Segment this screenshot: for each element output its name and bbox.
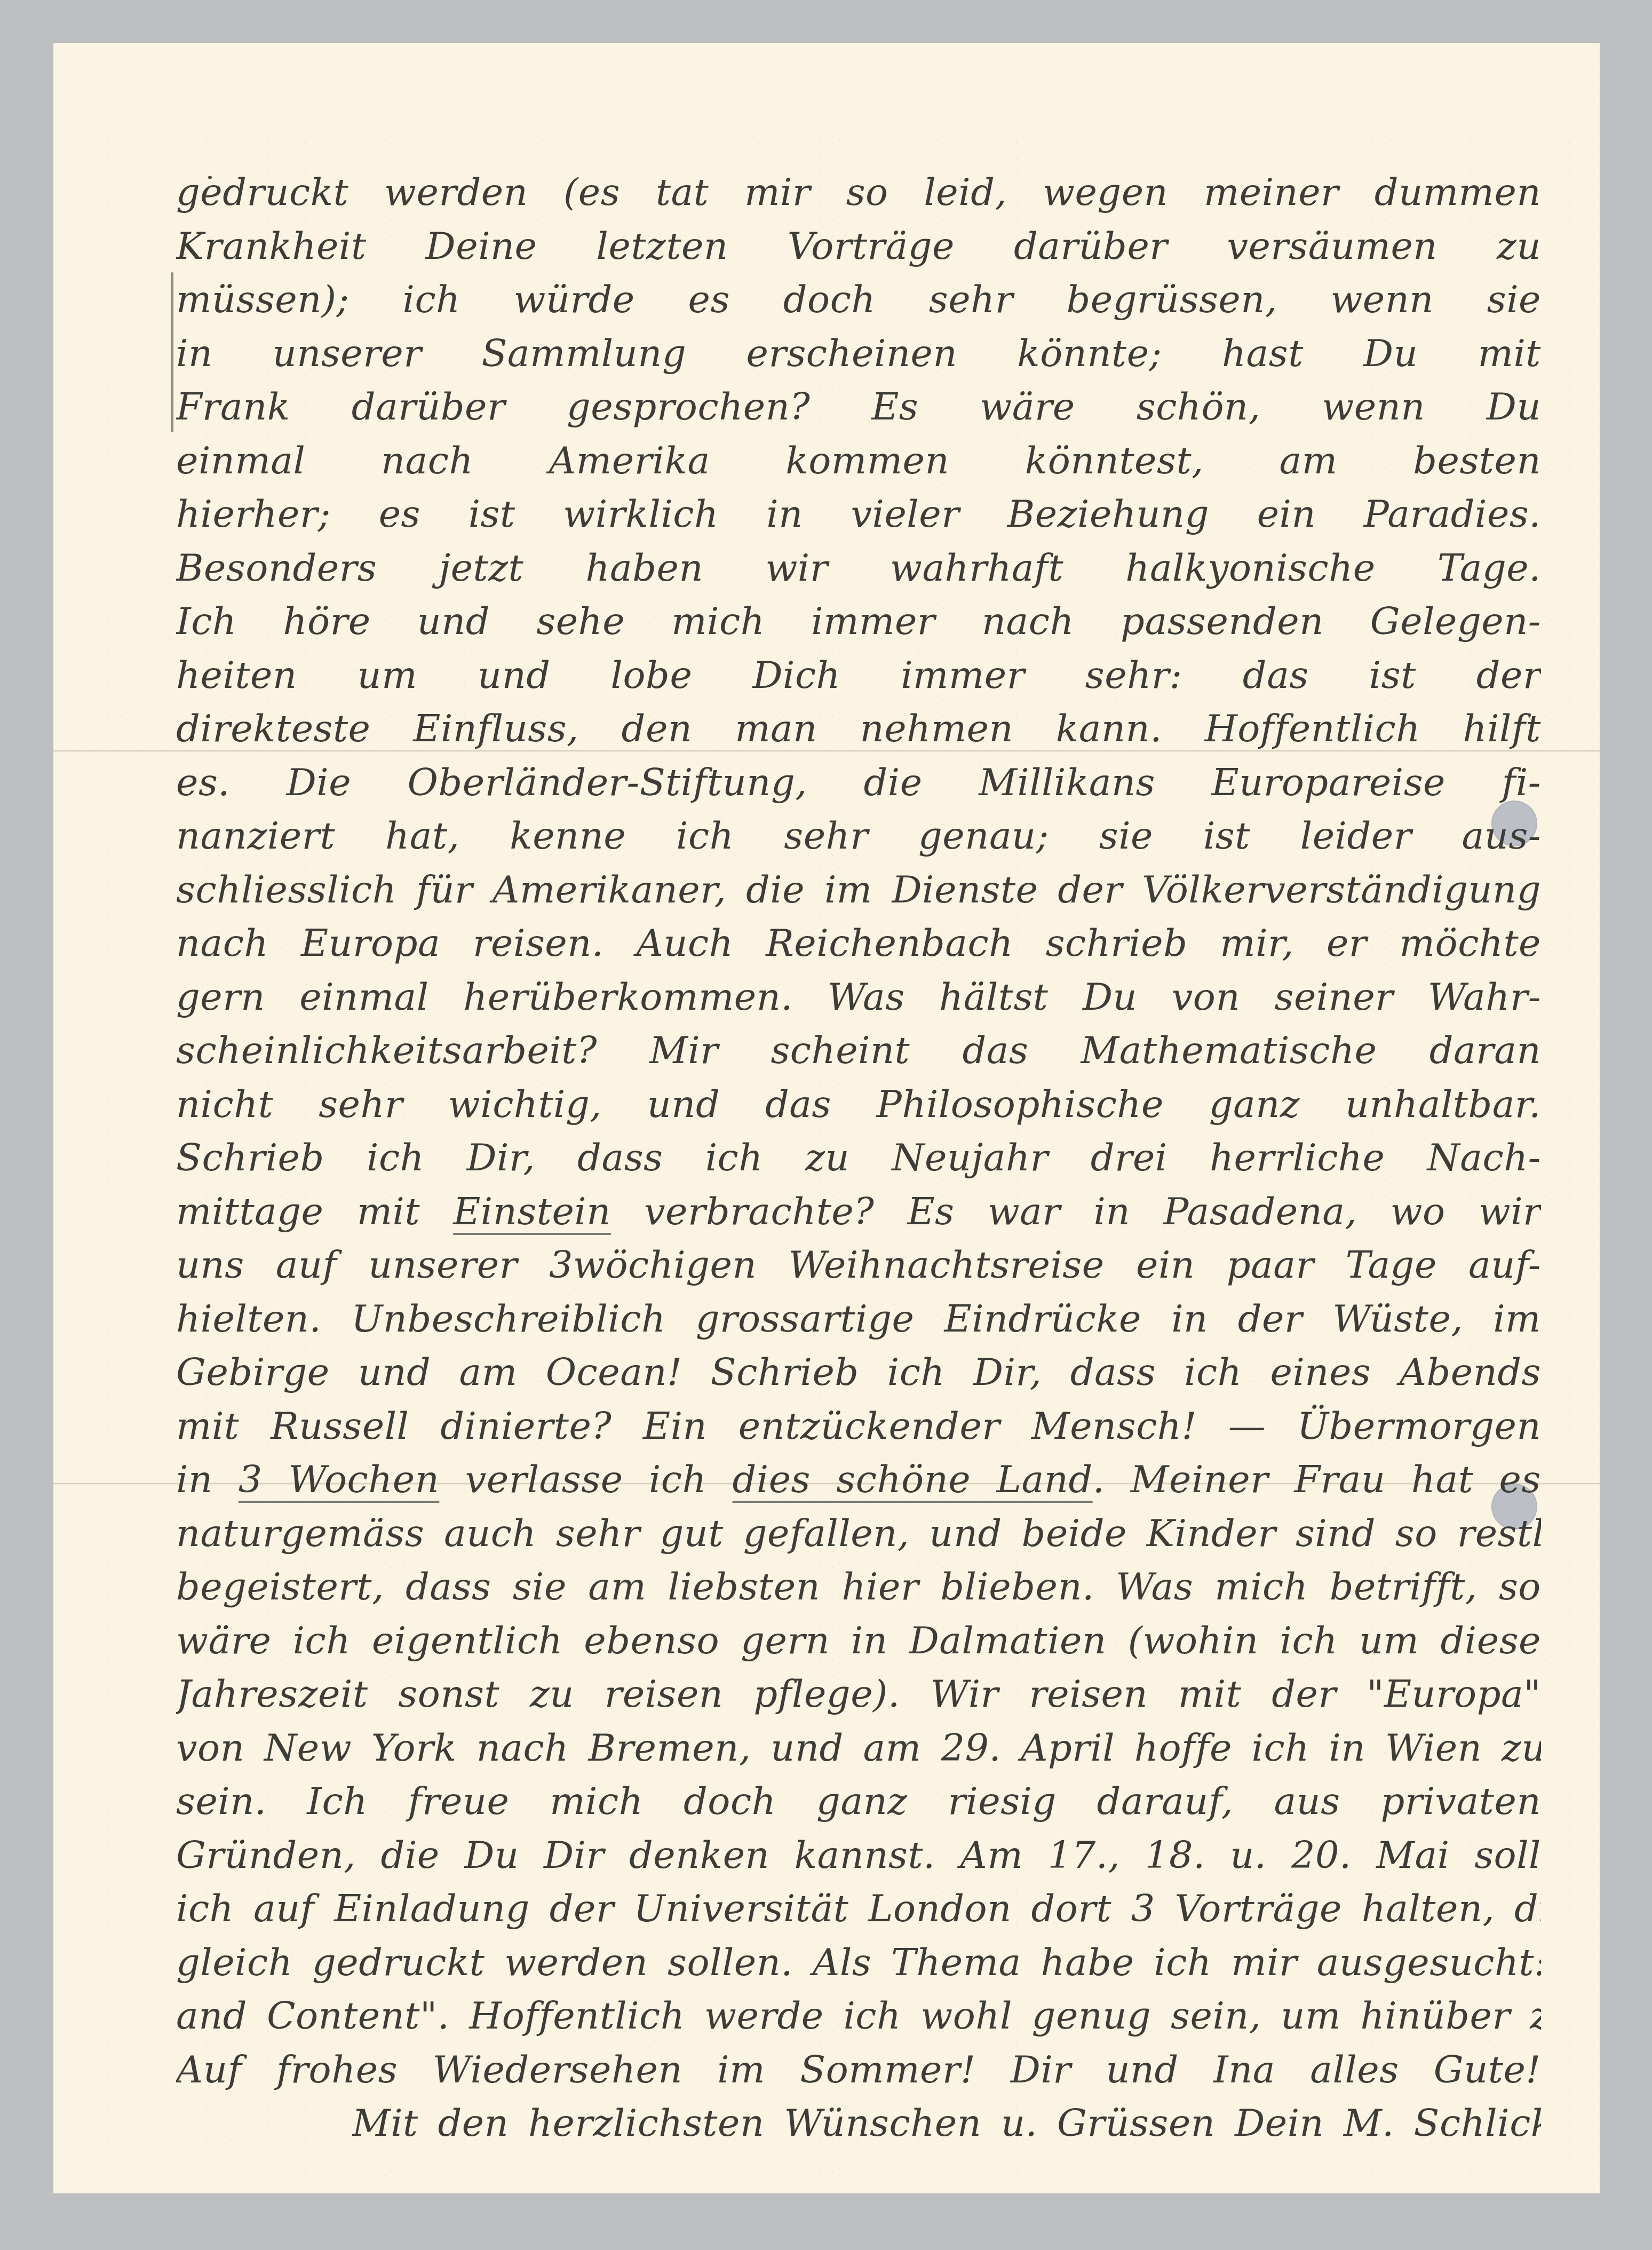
letter-line-text: naturgemäss auch sehr gut gefallen, und …	[176, 1511, 1541, 1555]
letter-line: von New York nach Bremen, und am 29. Apr…	[176, 1721, 1541, 1774]
underlined-phrase: Einstein	[453, 1190, 611, 1233]
letter-line-text: müssen); ich würde es doch sehr begrüsse…	[176, 278, 1541, 321]
letter-line-text: schliesslich für Amerikaner, die im Dien…	[176, 868, 1541, 912]
letter-line-text: gedruckt werden (es tat mir so leid, weg…	[176, 170, 1541, 214]
letter-line-text: Gründen, die Du Dir denken kannst. Am 17…	[176, 1833, 1541, 1877]
letter-line: and Content". Hoffentlich werde ich wohl…	[176, 1989, 1541, 2042]
letter-closing: Mit den herzlichsten Wünschen u. Grüssen…	[352, 2096, 1541, 2150]
letter-line-text: sein. Ich freue mich doch ganz riesig da…	[176, 1779, 1541, 1823]
letter-line-text: Gebirge und am Ocean! Schrieb ich Dir, d…	[176, 1350, 1541, 1394]
letter-line-text: nanziert hat, kenne ich sehr genau; sie …	[176, 814, 1541, 858]
letter-line-text: Schrieb ich Dir, dass ich zu Neujahr dre…	[176, 1136, 1541, 1179]
letter-line-text: in unserer Sammlung erscheinen könnte; h…	[176, 331, 1541, 375]
letter-line: schliesslich für Amerikaner, die im Dien…	[176, 863, 1541, 916]
letter-line-text: ich auf Einladung der Universität London…	[176, 1887, 1541, 1930]
letter-line: scheinlichkeitsarbeit? Mir scheint das M…	[176, 1024, 1541, 1077]
letter-line-text: mittage mit Einstein verbrachte? Es war …	[176, 1190, 1541, 1233]
letter-line: heiten um und lobe Dich immer sehr: das …	[176, 648, 1541, 702]
letter-line-text: nicht sehr wichtig, und das Philosophisc…	[176, 1082, 1541, 1126]
letter-line: einmal nach Amerika kommen könntest, am …	[176, 434, 1541, 487]
letter-line-text: wäre ich eigentlich ebenso gern in Dalma…	[176, 1619, 1541, 1662]
letter-line: Besonders jetzt haben wir wahrhaft halky…	[176, 541, 1541, 595]
letter-line-text: direkteste Einfluss, den man nehmen kann…	[176, 707, 1541, 750]
letter-line: wäre ich eigentlich ebenso gern in Dalma…	[176, 1614, 1541, 1667]
letter-line-text: hierher; es ist wirklich in vieler Bezie…	[176, 492, 1541, 536]
letter-line: begeistert, dass sie am liebsten hier bl…	[176, 1560, 1541, 1613]
letter-line-text: gleich gedruckt werden sollen. Als Thema…	[176, 1940, 1541, 1984]
letter-line: uns auf unserer 3wöchigen Weihnachtsreis…	[176, 1238, 1541, 1292]
margin-bracket-line	[171, 272, 173, 432]
letter-line: sein. Ich freue mich doch ganz riesig da…	[176, 1774, 1541, 1828]
letter-line: Gründen, die Du Dir denken kannst. Am 17…	[176, 1828, 1541, 1882]
letter-line: in unserer Sammlung erscheinen könnte; h…	[176, 327, 1541, 380]
letter-line: gern einmal herüberkommen. Was hältst Du…	[176, 970, 1541, 1024]
letter-line-text: heiten um und lobe Dich immer sehr: das …	[176, 653, 1541, 697]
letter-line-text: Auf frohes Wiedersehen im Sommer! Dir un…	[176, 2048, 1541, 2091]
letter-line: Auf frohes Wiedersehen im Sommer! Dir un…	[176, 2043, 1541, 2096]
letter-line: hierher; es ist wirklich in vieler Bezie…	[176, 487, 1541, 541]
letter-page: gedruckt werden (es tat mir so leid, weg…	[53, 43, 1600, 2193]
letter-line: in 3 Wochen verlasse ich dies schöne Lan…	[176, 1453, 1541, 1506]
signature: M. Schlick	[1344, 2101, 1541, 2145]
letter-line: Gebirge und am Ocean! Schrieb ich Dir, d…	[176, 1345, 1541, 1399]
letter-line: nicht sehr wichtig, und das Philosophisc…	[176, 1078, 1541, 1131]
letter-line-text: hielten. Unbeschreiblich grossartige Ein…	[176, 1297, 1541, 1341]
letter-line-text: Frank darüber gesprochen? Es wäre schön,…	[176, 385, 1541, 429]
closing-text: Mit den herzlichsten Wünschen u. Grüssen…	[352, 2101, 1324, 2145]
letter-line-text: Ich höre und sehe mich immer nach passen…	[176, 599, 1541, 643]
letter-line-text: gern einmal herüberkommen. Was hältst Du…	[176, 975, 1541, 1019]
letter-line-text: in 3 Wochen verlasse ich dies schöne Lan…	[176, 1457, 1541, 1501]
letter-line: Jahreszeit sonst zu reisen pflege). Wir …	[176, 1667, 1541, 1721]
letter-line-text: es. Die Oberländer-Stiftung, die Millika…	[176, 760, 1541, 804]
letter-line-text: Jahreszeit sonst zu reisen pflege). Wir …	[176, 1672, 1541, 1716]
letter-line: müssen); ich würde es doch sehr begrüsse…	[176, 273, 1541, 326]
letter-line-text: Besonders jetzt haben wir wahrhaft halky…	[176, 546, 1541, 590]
letter-line-text: von New York nach Bremen, und am 29. Apr…	[176, 1726, 1541, 1770]
underlined-phrase: 3 Wochen	[239, 1457, 440, 1501]
letter-line: es. Die Oberländer-Stiftung, die Millika…	[176, 756, 1541, 809]
letter-line: mittage mit Einstein verbrachte? Es war …	[176, 1185, 1541, 1238]
letter-line: ich auf Einladung der Universität London…	[176, 1882, 1541, 1935]
letter-line: gleich gedruckt werden sollen. Als Thema…	[176, 1936, 1541, 1989]
letter-line: direkteste Einfluss, den man nehmen kann…	[176, 702, 1541, 755]
letter-line: Krankheit Deine letzten Vorträge darüber…	[176, 219, 1541, 273]
letter-line-text: einmal nach Amerika kommen könntest, am …	[176, 439, 1541, 482]
letter-line-text: nach Europa reisen. Auch Reichenbach sch…	[176, 921, 1541, 965]
letter-line: Schrieb ich Dir, dass ich zu Neujahr dre…	[176, 1131, 1541, 1184]
letter-line: Frank darüber gesprochen? Es wäre schön,…	[176, 380, 1541, 433]
letter-line-text: scheinlichkeitsarbeit? Mir scheint das M…	[176, 1028, 1541, 1072]
letter-line: hielten. Unbeschreiblich grossartige Ein…	[176, 1292, 1541, 1345]
letter-line-text: begeistert, dass sie am liebsten hier bl…	[176, 1565, 1541, 1609]
letter-line: Ich höre und sehe mich immer nach passen…	[176, 595, 1541, 648]
letter-line: nach Europa reisen. Auch Reichenbach sch…	[176, 916, 1541, 970]
underlined-phrase: dies schöne Land	[732, 1457, 1092, 1501]
letter-line: gedruckt werden (es tat mir so leid, weg…	[176, 165, 1541, 219]
letter-line-text: mit Russell dinierte? Ein entzückender M…	[176, 1404, 1541, 1448]
letter-line: nanziert hat, kenne ich sehr genau; sie …	[176, 809, 1541, 862]
letter-line-text: and Content". Hoffentlich werde ich wohl…	[176, 1994, 1541, 2038]
letter-line-text: uns auf unserer 3wöchigen Weihnachtsreis…	[176, 1243, 1541, 1287]
letter-line: naturgemäss auch sehr gut gefallen, und …	[176, 1507, 1541, 1560]
letter-line: mit Russell dinierte? Ein entzückender M…	[176, 1399, 1541, 1453]
letter-line-text: Krankheit Deine letzten Vorträge darüber…	[176, 224, 1541, 268]
